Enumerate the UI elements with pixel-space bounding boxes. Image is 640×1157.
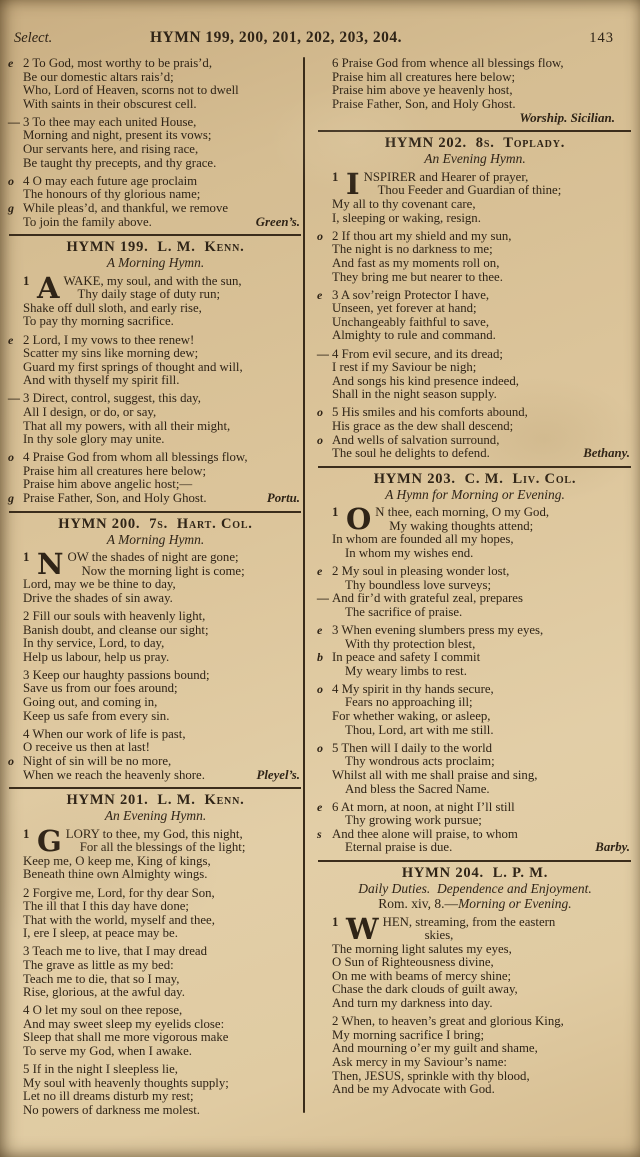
expression-marker: o bbox=[8, 451, 23, 465]
hymnal-page: Select. HYMN 199, 200, 201, 202, 203, 20… bbox=[0, 0, 640, 1157]
tune-attribution: Portu. bbox=[267, 492, 303, 506]
hymn-line: I, sleeping or waking, resign. bbox=[317, 212, 633, 226]
verse-number: 1 bbox=[23, 275, 37, 289]
line-text: And be my Advocate with God. bbox=[332, 1083, 495, 1097]
hymn-line: Beneath thine own Almighty wings. bbox=[8, 868, 303, 882]
scripture-occasion: Morning or Evening. bbox=[458, 896, 572, 911]
line-text: Eternal praise is due. bbox=[332, 841, 452, 855]
hymn-line: Drive the shades of sin away. bbox=[8, 592, 303, 606]
line-text: For all the blessings of the light; bbox=[66, 841, 246, 855]
line-text: The ill that I this day have done; bbox=[23, 900, 189, 914]
drop-cap: W bbox=[346, 916, 379, 942]
stanza: 3 Teach me to live, that I may dreadThe … bbox=[8, 945, 303, 999]
hymn-line: Let no ill dreams disturb my rest; bbox=[8, 1090, 303, 1104]
line-text: 2 When, to heaven’s great and glorious K… bbox=[332, 1015, 564, 1029]
stanza: 2 Forgive me, Lord, for thy dear Son,The… bbox=[8, 887, 303, 941]
stanza: e2 To God, most worthy to be prais’d,Be … bbox=[8, 57, 303, 111]
line-text: 6 Praise God from whence all blessings f… bbox=[332, 57, 564, 71]
hymn-line: My soul with heavenly thoughts supply; bbox=[8, 1077, 303, 1091]
line-text: I rest if my Saviour be nigh; bbox=[332, 361, 476, 375]
hymn-divider-rule bbox=[318, 130, 631, 132]
line-text: Drive the shades of sin away. bbox=[23, 592, 173, 606]
line-text: Teach me to die, that so I may, bbox=[23, 973, 179, 987]
hymn-divider-rule bbox=[318, 466, 631, 468]
verse-number: 1 bbox=[23, 828, 37, 842]
hymn-subtitle: A Morning Hymn. bbox=[8, 255, 303, 270]
hymn-line: For whether waking, or asleep, bbox=[317, 710, 633, 724]
hymn-line: o2 If thou art my shield and my sun, bbox=[317, 230, 633, 244]
line-text: My soul with heavenly thoughts supply; bbox=[23, 1077, 229, 1091]
line-text: 5 Then will I daily to the world bbox=[332, 742, 492, 756]
line-text: 4 My spirit in thy hands secure, bbox=[332, 683, 494, 697]
hymn-line: Fears no approaching ill; bbox=[317, 696, 633, 710]
hymn-divider-rule bbox=[9, 511, 301, 513]
line-text: Going out, and coming in, bbox=[23, 696, 157, 710]
line-text: NSPIRER and Hearer of prayer, bbox=[364, 171, 529, 185]
line-text: My all to thy covenant care, bbox=[332, 198, 476, 212]
hymn-heading: HYMN 201. L. M. Kenn. bbox=[8, 792, 303, 808]
stanza: 1GLORY to thee, my God, this night,For a… bbox=[8, 828, 303, 882]
line-text: Scatter my sins like morning dew; bbox=[23, 347, 198, 361]
hymn-line: And may sweet sleep my eyelids close: bbox=[8, 1018, 303, 1032]
hymn-line: O receive us then at last! bbox=[8, 741, 303, 755]
dropcap-lines: N thee, each morning, O my God,My waking… bbox=[375, 506, 549, 533]
verse-number: 1 bbox=[332, 506, 346, 520]
hymn-line: And fast as my moments roll on, bbox=[317, 257, 633, 271]
hymn-line: Then, JESUS, sprinkle with thy blood, bbox=[317, 1070, 633, 1084]
hymn-line: The soul he delights to defend.Bethany. bbox=[317, 447, 633, 461]
hymn-line: Thou Feeder and Guardian of thine; bbox=[364, 184, 562, 198]
line-text: My waking thoughts attend; bbox=[375, 520, 533, 534]
hymn-line: Keep us safe from every sin. bbox=[8, 710, 303, 724]
line-text: 2 To God, most worthy to be prais’d, bbox=[23, 57, 212, 71]
dropcap-verse-head: 1AWAKE, my soul, and with the sun,Thy da… bbox=[8, 275, 303, 302]
tune-attribution: Pleyel’s. bbox=[257, 769, 303, 783]
hymn-line: All I design, or do, or say, bbox=[8, 406, 303, 420]
line-text: 4 When our work of life is past, bbox=[23, 728, 186, 742]
stanza: 2 Fill our souls with heavenly light,Ban… bbox=[8, 610, 303, 664]
line-text: The honours of thy glorious name; bbox=[23, 188, 200, 202]
hymn-line: 3 Keep our haughty passions bound; bbox=[8, 669, 303, 683]
hymn-line: Now the morning light is come; bbox=[68, 565, 245, 579]
dropcap-verse-head: 1WHEN, streaming, from the easternskies, bbox=[317, 916, 633, 943]
hymn-subtitle: A Hymn for Morning or Evening. bbox=[317, 487, 633, 502]
stanza: o5 His smiles and his comforts abound,Hi… bbox=[317, 406, 633, 460]
hymn-line: And turn my darkness into day. bbox=[317, 997, 633, 1011]
hymn-subtitle: Daily Duties. Dependence and Enjoyment. bbox=[317, 881, 633, 896]
hymn-line: 2 When, to heaven’s great and glorious K… bbox=[317, 1015, 633, 1029]
hymn-line: 4 When our work of life is past, bbox=[8, 728, 303, 742]
page-number: 143 bbox=[589, 30, 614, 47]
line-text: N thee, each morning, O my God, bbox=[375, 506, 549, 520]
hymn-line: N thee, each morning, O my God, bbox=[375, 506, 549, 520]
hymn-line: The honours of thy glorious name; bbox=[8, 188, 303, 202]
line-text: 2 Lord, I my vows to thee renew! bbox=[23, 334, 194, 348]
line-text: Unseen, yet forever at hand; bbox=[332, 302, 477, 316]
hymn-line: e3 When evening slumbers press my eyes, bbox=[317, 624, 633, 638]
line-text: While pleas’d, and thankful, we remove bbox=[23, 202, 228, 216]
hymn-line: The sacrifice of praise. bbox=[317, 606, 633, 620]
hymn-line: Chase the dark clouds of guilt away, bbox=[317, 983, 633, 997]
stanza: 1AWAKE, my soul, and with the sun,Thy da… bbox=[8, 275, 303, 329]
line-text: Guard my first springs of thought and wi… bbox=[23, 361, 243, 375]
stanza: 1ON thee, each morning, O my God,My waki… bbox=[317, 506, 633, 560]
line-text: Shake off dull sloth, and early rise, bbox=[23, 302, 202, 316]
hymn-line: oAnd wells of salvation surround, bbox=[317, 434, 633, 448]
page-title: HYMN 199, 200, 201, 202, 203, 204. bbox=[92, 29, 460, 47]
hymn-line: e6 At morn, at noon, at night I’ll still bbox=[317, 801, 633, 815]
hymn-line: —4 From evil secure, and its dread; bbox=[317, 348, 633, 362]
hymn-line: gPraise Father, Son, and Holy Ghost.Port… bbox=[8, 492, 303, 506]
hymn-line: My weary limbs to rest. bbox=[317, 665, 633, 679]
line-text: Keep us safe from every sin. bbox=[23, 710, 169, 724]
line-text: 2 Fill our souls with heavenly light, bbox=[23, 610, 205, 624]
hymn-line: Unseen, yet forever at hand; bbox=[317, 302, 633, 316]
hymn-line: Shall in the night season supply. bbox=[317, 388, 633, 402]
stanza: o4 Praise God from whom all blessings fl… bbox=[8, 451, 303, 505]
stanza: e6 At morn, at noon, at night I’ll still… bbox=[317, 801, 633, 855]
hymn-line: To join the family above.Green’s. bbox=[8, 216, 303, 230]
line-text: I, ere I sleep, at peace may be. bbox=[23, 927, 178, 941]
line-text: The night is no darkness to me; bbox=[332, 243, 493, 257]
line-text: 4 O let my soul on thee repose, bbox=[23, 1004, 182, 1018]
stanza: —4 From evil secure, and its dread;I res… bbox=[317, 348, 633, 402]
hymn-scripture-line: Rom. xiv, 8.—Morning or Evening. bbox=[317, 896, 633, 911]
expression-marker: g bbox=[8, 202, 23, 216]
hymn-line: LORY to thee, my God, this night, bbox=[66, 828, 246, 842]
stanza: —3 To thee may each united House,Morning… bbox=[8, 116, 303, 170]
dropcap-lines: WAKE, my soul, and with the sun,Thy dail… bbox=[64, 275, 242, 302]
hymn-line: That all my powers, with all their might… bbox=[8, 420, 303, 434]
hymn-line: Who, Lord of Heaven, scorns not to dwell bbox=[8, 84, 303, 98]
line-text: 2 Forgive me, Lord, for thy dear Son, bbox=[23, 887, 215, 901]
dropcap-verse-head: 1GLORY to thee, my God, this night,For a… bbox=[8, 828, 303, 855]
line-text: In thy service, Lord, to day, bbox=[23, 637, 164, 651]
line-text: Fears no approaching ill; bbox=[332, 696, 473, 710]
line-text: Thou, Lord, art with me still. bbox=[332, 724, 494, 738]
column-divider-rule bbox=[303, 57, 305, 1113]
hymn-heading: HYMN 199. L. M. Kenn. bbox=[8, 239, 303, 255]
tune-attribution: Green’s. bbox=[256, 216, 303, 230]
hymn-line: Praise Father, Son, and Holy Ghost. bbox=[317, 98, 633, 112]
expression-marker: e bbox=[8, 57, 23, 71]
line-text: Thy wondrous acts proclaim; bbox=[332, 755, 495, 769]
line-text: In whom are founded all my hopes, bbox=[332, 533, 514, 547]
stanza: 1NOW the shades of night are gone;Now th… bbox=[8, 551, 303, 605]
expression-marker: — bbox=[317, 592, 332, 606]
hymn-line: Scatter my sins like morning dew; bbox=[8, 347, 303, 361]
line-text: 2 If thou art my shield and my sun, bbox=[332, 230, 512, 244]
line-text: And wells of salvation surround, bbox=[332, 434, 499, 448]
line-text: Unchangeably faithful to save, bbox=[332, 316, 489, 330]
hymn-line: The ill that I this day have done; bbox=[8, 900, 303, 914]
hymn-subtitle: An Evening Hymn. bbox=[8, 808, 303, 823]
line-text: 2 My soul in pleasing wonder lost, bbox=[332, 565, 509, 579]
drop-cap: O bbox=[346, 506, 371, 532]
left-column: e2 To God, most worthy to be prais’d,Be … bbox=[8, 57, 303, 1118]
line-text: 3 Teach me to live, that I may dread bbox=[23, 945, 207, 959]
hymn-line: o5 His smiles and his comforts abound, bbox=[317, 406, 633, 420]
hymn-line: The grave as little as my bed: bbox=[8, 959, 303, 973]
dropcap-lines: NSPIRER and Hearer of prayer,Thou Feeder… bbox=[364, 171, 562, 198]
expression-marker: o bbox=[317, 230, 332, 244]
expression-marker: — bbox=[8, 392, 23, 406]
line-text: The morning light salutes my eyes, bbox=[332, 943, 512, 957]
hymn-line: Our servants here, and rising race, bbox=[8, 143, 303, 157]
stanza: 4 When our work of life is past,O receiv… bbox=[8, 728, 303, 782]
hymn-line: o4 My spirit in thy hands secure, bbox=[317, 683, 633, 697]
line-text: 5 If in the night I sleepless lie, bbox=[23, 1063, 178, 1077]
hymn-heading: HYMN 204. L. P. M. bbox=[317, 865, 633, 881]
hymn-line: That with the world, myself and thee, bbox=[8, 914, 303, 928]
line-text: My morning sacrifice I bring; bbox=[332, 1029, 484, 1043]
line-text: And thee alone will praise, to whom bbox=[332, 828, 518, 842]
hymn-line: 4 O let my soul on thee repose, bbox=[8, 1004, 303, 1018]
verse-number: 1 bbox=[332, 171, 346, 185]
expression-marker: s bbox=[317, 828, 332, 842]
tune-attribution: Barby. bbox=[595, 841, 633, 855]
hymn-line: Thou, Lord, art with me still. bbox=[317, 724, 633, 738]
line-text: They bring me but nearer to thee. bbox=[332, 271, 503, 285]
hymn-line: Keep me, O keep me, King of kings, bbox=[8, 855, 303, 869]
line-text: The grave as little as my bed: bbox=[23, 959, 174, 973]
line-text: Morning and night, present its vows; bbox=[23, 129, 211, 143]
line-text: And fast as my moments roll on, bbox=[332, 257, 499, 271]
expression-marker: o bbox=[8, 755, 23, 769]
right-column: 6 Praise God from whence all blessings f… bbox=[317, 57, 633, 1097]
hymn-line: My waking thoughts attend; bbox=[375, 520, 549, 534]
line-text: Sleep that shall me more vigorous make bbox=[23, 1031, 228, 1045]
hymn-line: Eternal praise is due.Barby. bbox=[317, 841, 633, 855]
stanza: o4 My spirit in thy hands secure,Fears n… bbox=[317, 683, 633, 737]
line-text: Almighty to rule and command. bbox=[332, 329, 496, 343]
hymn-line: And songs his kind presence indeed, bbox=[317, 375, 633, 389]
section-label: Select. bbox=[14, 30, 52, 47]
hymn-line: 5 If in the night I sleepless lie, bbox=[8, 1063, 303, 1077]
hymn-line: Morning and night, present its vows; bbox=[8, 129, 303, 143]
line-text: OW the shades of night are gone; bbox=[68, 551, 239, 565]
line-text: And with thyself my spirit fill. bbox=[23, 374, 179, 388]
hymn-line: WAKE, my soul, and with the sun, bbox=[64, 275, 242, 289]
hymn-line: Thy boundless love surveys; bbox=[317, 579, 633, 593]
line-text: In whom my wishes end. bbox=[332, 547, 473, 561]
hymn-line: OW the shades of night are gone; bbox=[68, 551, 245, 565]
line-text: Whilst all with me shall praise and sing… bbox=[332, 769, 537, 783]
hymn-line: Be our domestic altars rais’d; bbox=[8, 71, 303, 85]
line-text: Chase the dark clouds of guilt away, bbox=[332, 983, 518, 997]
hymn-line: NSPIRER and Hearer of prayer, bbox=[364, 171, 562, 185]
hymn-line: And with thyself my spirit fill. bbox=[8, 374, 303, 388]
line-text: To join the family above. bbox=[23, 216, 152, 230]
hymn-divider-rule bbox=[318, 860, 631, 862]
stanza: e2 My soul in pleasing wonder lost,Thy b… bbox=[317, 565, 633, 619]
hymn-line: Guard my first springs of thought and wi… bbox=[8, 361, 303, 375]
hymn-line: HEN, streaming, from the eastern bbox=[383, 916, 556, 930]
stanza: 3 Keep our haughty passions bound;Save u… bbox=[8, 669, 303, 723]
hymn-line: In whom my wishes end. bbox=[317, 547, 633, 561]
dropcap-verse-head: 1ON thee, each morning, O my God,My waki… bbox=[317, 506, 633, 533]
hymn-line: bIn peace and safety I commit bbox=[317, 651, 633, 665]
hymn-subtitle: A Morning Hymn. bbox=[8, 532, 303, 547]
hymn-line: Lord, may we be thine to day, bbox=[8, 578, 303, 592]
stanza: o2 If thou art my shield and my sun,The … bbox=[317, 230, 633, 284]
dropcap-lines: HEN, streaming, from the easternskies, bbox=[383, 916, 556, 943]
running-head: Select. HYMN 199, 200, 201, 202, 203, 20… bbox=[0, 30, 640, 50]
stanza: e3 When evening slumbers press my eyes,W… bbox=[317, 624, 633, 678]
stanza: 2 When, to heaven’s great and glorious K… bbox=[317, 1015, 633, 1097]
hymn-line: —And fir’d with grateful zeal, prepares bbox=[317, 592, 633, 606]
expression-marker: o bbox=[8, 175, 23, 189]
dropcap-lines: OW the shades of night are gone;Now the … bbox=[68, 551, 245, 578]
tune-attribution: Bethany. bbox=[583, 447, 633, 461]
hymn-line: To serve my God, when I awake. bbox=[8, 1045, 303, 1059]
hymn-line: On me with beams of mercy shine; bbox=[317, 970, 633, 984]
line-text: Ask mercy in my Saviour’s name: bbox=[332, 1056, 507, 1070]
hymn-line: The morning light salutes my eyes, bbox=[317, 943, 633, 957]
hymn-line: Praise him above ye heavenly host, bbox=[317, 84, 633, 98]
line-text: Banish doubt, and cleanse our sight; bbox=[23, 624, 209, 638]
hymn-line: In thy service, Lord, to day, bbox=[8, 637, 303, 651]
line-text: Beneath thine own Almighty wings. bbox=[23, 868, 207, 882]
drop-cap: I bbox=[346, 171, 360, 197]
expression-marker: g bbox=[8, 492, 23, 506]
line-text: Thou Feeder and Guardian of thine; bbox=[364, 184, 562, 198]
hymn-line: oNight of sin will be no more, bbox=[8, 755, 303, 769]
line-text: 4 O may each future age proclaim bbox=[23, 175, 197, 189]
hymn-line: Sleep that shall me more vigorous make bbox=[8, 1031, 303, 1045]
hymn-heading: HYMN 203. C. M. Liv. Col. bbox=[317, 471, 633, 487]
hymn-line: 2 Forgive me, Lord, for thy dear Son, bbox=[8, 887, 303, 901]
line-text: Praise him above ye heavenly host, bbox=[332, 84, 513, 98]
hymn-line: When we reach the heavenly shore.Pleyel’… bbox=[8, 769, 303, 783]
dropcap-verse-head: 1NOW the shades of night are gone;Now th… bbox=[8, 551, 303, 578]
hymn-line: Help us labour, help us pray. bbox=[8, 651, 303, 665]
hymn-line: Almighty to rule and command. bbox=[317, 329, 633, 343]
line-text: To serve my God, when I awake. bbox=[23, 1045, 192, 1059]
line-text: 3 A sov’reign Protector I have, bbox=[332, 289, 489, 303]
line-text: In peace and safety I commit bbox=[332, 651, 480, 665]
line-text: Praise him all creatures here below; bbox=[23, 465, 206, 479]
expression-marker: — bbox=[317, 348, 332, 362]
line-text: And may sweet sleep my eyelids close: bbox=[23, 1018, 224, 1032]
line-text: The soul he delights to defend. bbox=[332, 447, 490, 461]
line-text: With saints in their obscurest cell. bbox=[23, 98, 197, 112]
line-text: Then, JESUS, sprinkle with thy blood, bbox=[332, 1070, 530, 1084]
stanza: o4 O may each future age proclaimThe hon… bbox=[8, 175, 303, 229]
drop-cap: A bbox=[37, 275, 60, 301]
line-text: 3 When evening slumbers press my eyes, bbox=[332, 624, 543, 638]
line-text: Thy growing work pursue; bbox=[332, 814, 482, 828]
hymn-line: Whilst all with me shall praise and sing… bbox=[317, 769, 633, 783]
line-text: HEN, streaming, from the eastern bbox=[383, 916, 556, 930]
line-text: Now the morning light is come; bbox=[68, 565, 245, 579]
hymn-line: My all to thy covenant care, bbox=[317, 198, 633, 212]
line-text: Shall in the night season supply. bbox=[332, 388, 497, 402]
line-text: Let no ill dreams disturb my rest; bbox=[23, 1090, 194, 1104]
line-text: Be our domestic altars rais’d; bbox=[23, 71, 174, 85]
hymn-line: O Sun of Righteousness divine, bbox=[317, 956, 633, 970]
stanza: —3 Direct, control, suggest, this day,Al… bbox=[8, 392, 303, 446]
line-text: 3 To thee may each united House, bbox=[23, 116, 196, 130]
line-text: Help us labour, help us pray. bbox=[23, 651, 169, 665]
hymn-divider-rule bbox=[9, 234, 301, 236]
hymn-line: Thy daily stage of duty run; bbox=[64, 288, 242, 302]
hymn-line: To pay thy morning sacrifice. bbox=[8, 315, 303, 329]
hymn-line: I rest if my Saviour be nigh; bbox=[317, 361, 633, 375]
hymn-line: e2 My soul in pleasing wonder lost, bbox=[317, 565, 633, 579]
hymn-line: And mourning o’er my guilt and shame, bbox=[317, 1042, 633, 1056]
hymn-line: e2 To God, most worthy to be prais’d, bbox=[8, 57, 303, 71]
line-text: 3 Keep our haughty passions bound; bbox=[23, 669, 210, 683]
hymn-line: With saints in their obscurest cell. bbox=[8, 98, 303, 112]
line-text: O receive us then at last! bbox=[23, 741, 150, 755]
hymn-line: Going out, and coming in, bbox=[8, 696, 303, 710]
line-text: 4 Praise God from whom all blessings flo… bbox=[23, 451, 248, 465]
line-text: In thy sole glory may unite. bbox=[23, 433, 164, 447]
line-text: 3 Direct, control, suggest, this day, bbox=[23, 392, 201, 406]
hymn-divider-rule bbox=[9, 787, 301, 789]
line-text: And mourning o’er my guilt and shame, bbox=[332, 1042, 538, 1056]
line-text: Our servants here, and rising race, bbox=[23, 143, 198, 157]
expression-marker: e bbox=[317, 624, 332, 638]
line-text: My weary limbs to rest. bbox=[332, 665, 467, 679]
hymn-line: My morning sacrifice I bring; bbox=[317, 1029, 633, 1043]
dropcap-lines: LORY to thee, my God, this night,For all… bbox=[66, 828, 246, 855]
expression-marker: e bbox=[317, 801, 332, 815]
hymn-line: o5 Then will I daily to the world bbox=[317, 742, 633, 756]
stanza: o5 Then will I daily to the worldThy won… bbox=[317, 742, 633, 796]
line-text: Lord, may we be thine to day, bbox=[23, 578, 176, 592]
line-text: That with the world, myself and thee, bbox=[23, 914, 215, 928]
hymn-line: Banish doubt, and cleanse our sight; bbox=[8, 624, 303, 638]
hymn-line: For all the blessings of the light; bbox=[66, 841, 246, 855]
hymn-line: Praise him above angelic host;— bbox=[8, 478, 303, 492]
line-text: His grace as the dew shall descend; bbox=[332, 420, 513, 434]
drop-cap: N bbox=[37, 551, 64, 577]
expression-marker: o bbox=[317, 434, 332, 448]
line-text: And turn my darkness into day. bbox=[332, 997, 493, 1011]
hymn-line: e3 A sov’reign Protector I have, bbox=[317, 289, 633, 303]
stanza: e3 A sov’reign Protector I have,Unseen, … bbox=[317, 289, 633, 343]
hymn-line: gWhile pleas’d, and thankful, we remove bbox=[8, 202, 303, 216]
line-text: skies, bbox=[383, 929, 454, 943]
hymn-line: Praise him all creatures here below; bbox=[317, 71, 633, 85]
verse-number: 1 bbox=[23, 551, 37, 565]
expression-marker: o bbox=[317, 406, 332, 420]
drop-cap: G bbox=[37, 828, 62, 854]
hymn-line: Unchangeably faithful to save, bbox=[317, 316, 633, 330]
hymn-line: Teach me to die, that so I may, bbox=[8, 973, 303, 987]
hymn-line: Praise him all creatures here below; bbox=[8, 465, 303, 479]
hymn-line: 3 Teach me to live, that I may dread bbox=[8, 945, 303, 959]
line-text: I, sleeping or waking, resign. bbox=[332, 212, 481, 226]
line-text: The sacrifice of praise. bbox=[332, 606, 462, 620]
line-text: Rise, glorious, at the awful day. bbox=[23, 986, 185, 1000]
line-text: Praise him all creatures here below; bbox=[332, 71, 515, 85]
dropcap-verse-head: 1INSPIRER and Hearer of prayer,Thou Feed… bbox=[317, 171, 633, 198]
hymn-line: e2 Lord, I my vows to thee renew! bbox=[8, 334, 303, 348]
line-text: Praise Father, Son, and Holy Ghost. bbox=[23, 492, 207, 506]
line-text: And fir’d with grateful zeal, prepares bbox=[332, 592, 523, 606]
line-text: 6 At morn, at noon, at night I’ll still bbox=[332, 801, 515, 815]
hymn-line: 6 Praise God from whence all blessings f… bbox=[317, 57, 633, 71]
line-text: Save us from our foes around; bbox=[23, 682, 178, 696]
line-text: WAKE, my soul, and with the sun, bbox=[64, 275, 242, 289]
hymn-line: In thy sole glory may unite. bbox=[8, 433, 303, 447]
tune-attribution: Worship. Sicilian. bbox=[317, 111, 633, 125]
expression-marker: e bbox=[317, 565, 332, 579]
line-text: Thy daily stage of duty run; bbox=[64, 288, 221, 302]
